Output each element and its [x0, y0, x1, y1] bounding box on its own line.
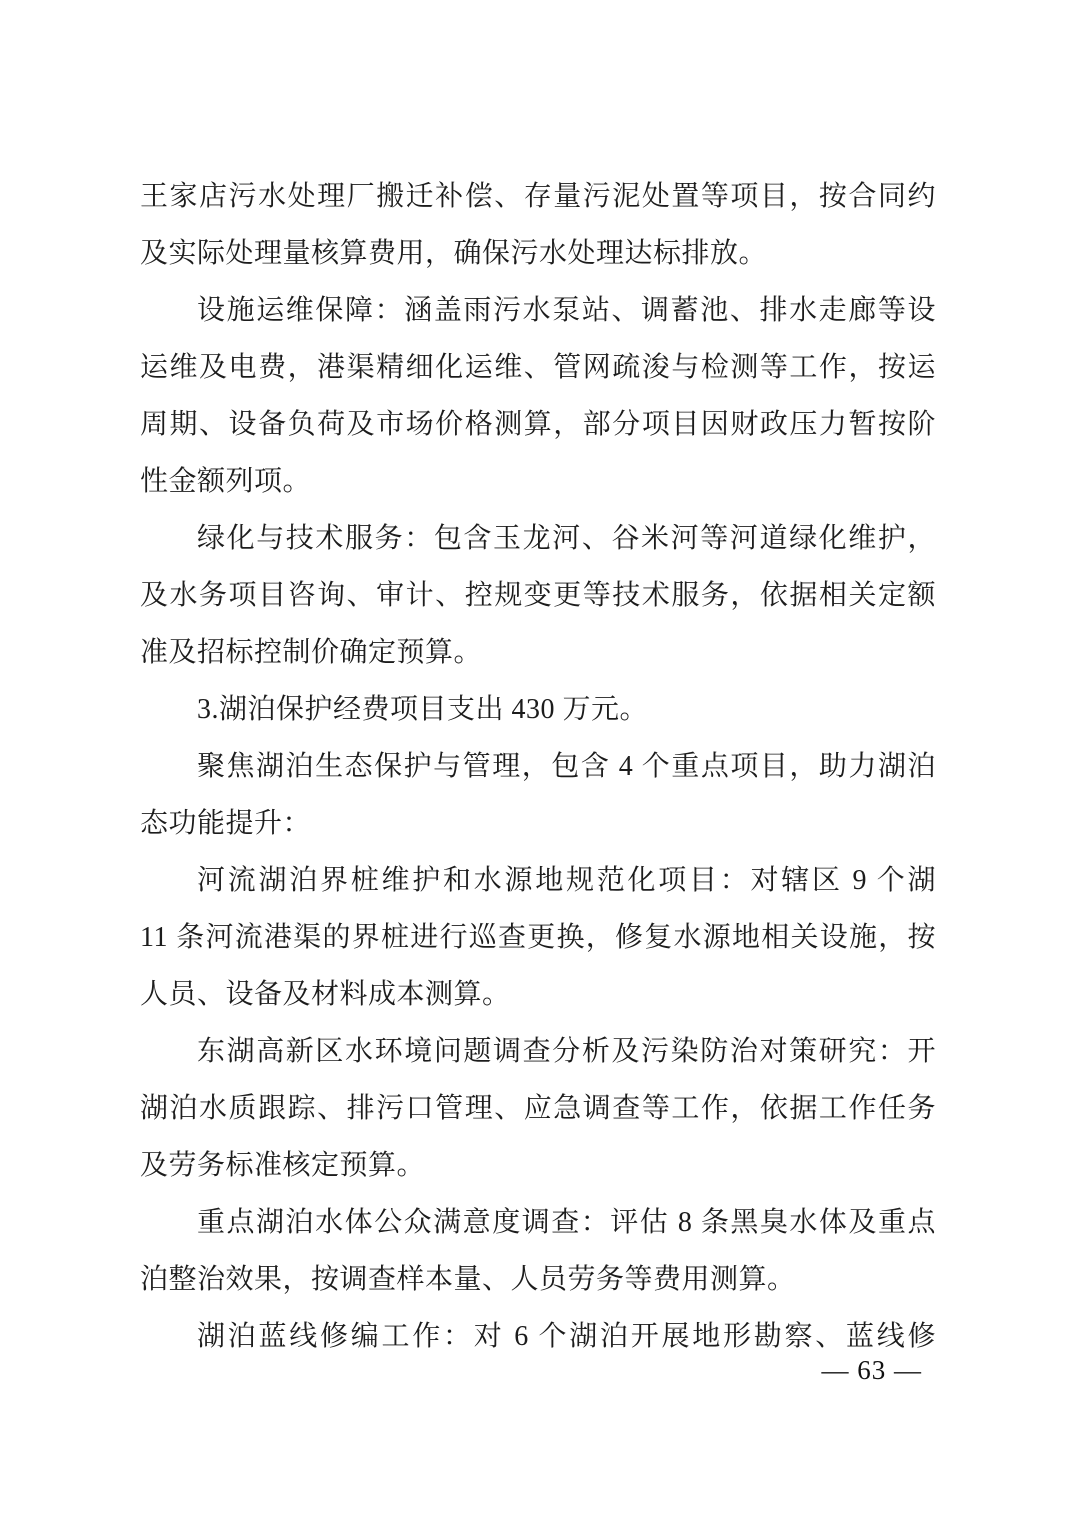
text-line: 及劳务标准核定预算。 [140, 1137, 936, 1194]
text-line: 态功能提升： [140, 795, 936, 852]
text-line: 及实际处理量核算费用，确保污水处理达标排放。 [140, 225, 936, 282]
text-line: 3.湖泊保护经费项目支出 430 万元。 [140, 681, 936, 738]
text-line: 11 条河流港渠的界桩进行巡查更换，修复水源地相关设施，按 [140, 909, 936, 966]
text-line: 周期、设备负荷及市场价格测算，部分项目因财政压力暂按阶段 [140, 396, 936, 453]
text-line: 性金额列项。 [140, 453, 936, 510]
text-line: 准及招标控制价确定预算。 [140, 624, 936, 681]
text-line: 设施运维保障：涵盖雨污水泵站、调蓄池、排水走廊等设施 [140, 282, 936, 339]
text-line: 及水务项目咨询、审计、控规变更等技术服务，依据相关定额标 [140, 567, 936, 624]
text-line: 湖泊水质跟踪、排污口管理、应急调查等工作，依据工作任务量 [140, 1080, 936, 1137]
text-line: 东湖高新区水环境问题调查分析及污染防治对策研究：开展 [140, 1023, 936, 1080]
text-line: 聚焦湖泊生态保护与管理，包含 4 个重点项目，助力湖泊生 [140, 738, 936, 795]
text-line: 绿化与技术服务：包含玉龙河、谷米河等河道绿化维护，以 [140, 510, 936, 567]
text-line: 运维及电费，港渠精细化运维、管网疏浚与检测等工作，按运维 [140, 339, 936, 396]
text-line: 湖泊蓝线修编工作：对 6 个湖泊开展地形勘察、蓝线修编， [140, 1308, 936, 1365]
page-number: — 63 — [822, 1352, 923, 1388]
text-line: 人员、设备及材料成本测算。 [140, 966, 936, 1023]
text-line: 王家店污水处理厂搬迁补偿、存量污泥处置等项目，按合同约定 [140, 168, 936, 225]
text-line: 河流湖泊界桩维护和水源地规范化项目：对辖区 9 个湖泊、 [140, 852, 936, 909]
document-page: 王家店污水处理厂搬迁补偿、存量污泥处置等项目，按合同约定及实际处理量核算费用，确… [0, 0, 1074, 1520]
text-line: 重点湖泊水体公众满意度调查：评估 8 条黑臭水体及重点湖 [140, 1194, 936, 1251]
document-body: 王家店污水处理厂搬迁补偿、存量污泥处置等项目，按合同约定及实际处理量核算费用，确… [140, 168, 936, 1365]
text-line: 泊整治效果，按调查样本量、人员劳务等费用测算。 [140, 1251, 936, 1308]
